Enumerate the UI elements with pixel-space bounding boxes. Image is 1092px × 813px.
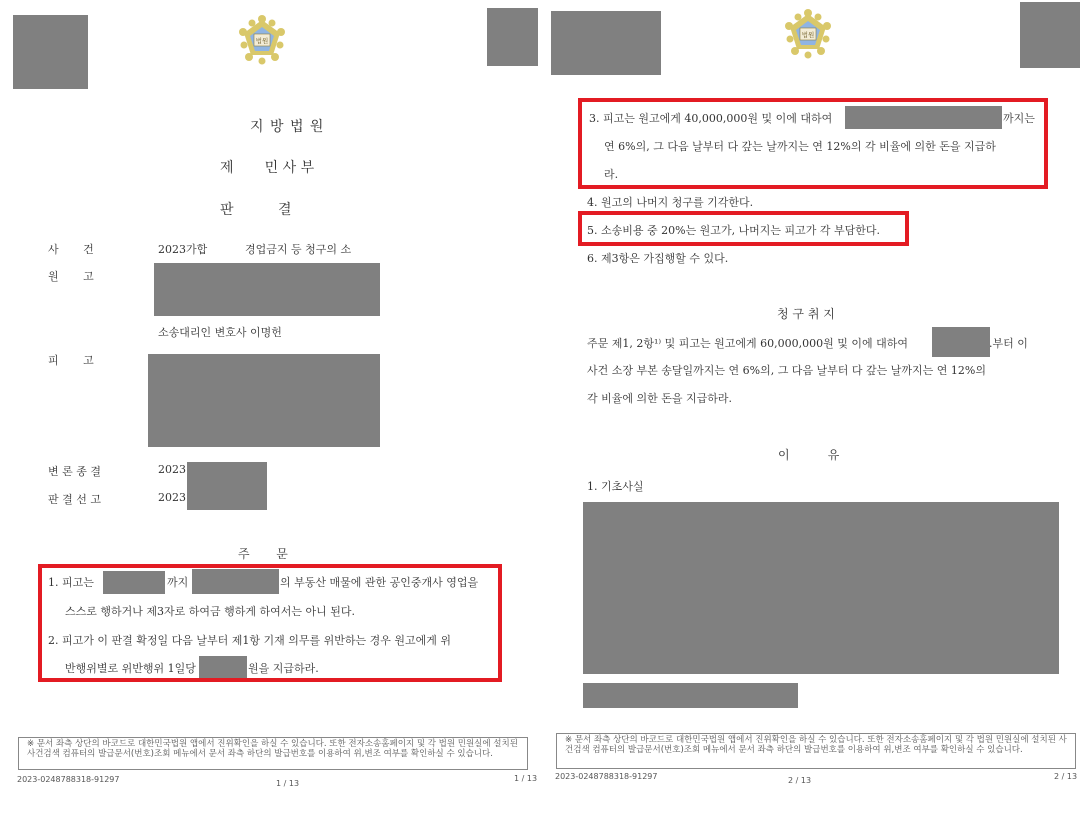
redacted-footnote xyxy=(583,683,798,708)
order-item-2-text: 원을 지급하라. xyxy=(248,660,319,676)
redacted-defendant xyxy=(148,354,380,447)
svg-text:법원: 법원 xyxy=(256,36,269,45)
division-name: 제 민 사 부 xyxy=(220,157,314,177)
order-item-2-text: 2. 피고가 이 판결 확정일 다음 날부터 제1항 기재 의무를 위반하는 경… xyxy=(48,632,451,648)
authenticity-notice: ※ 문서 좌측 상단의 바코드로 대한민국법원 앱에서 진위확인을 하실 수 있… xyxy=(18,737,528,770)
order-item-5-text: 5. 소송비용 중 20%는 원고가, 나머지는 피고가 각 부담한다. xyxy=(587,222,880,238)
case-label: 사 건 xyxy=(48,241,94,257)
court-emblem-icon: 법원 xyxy=(236,14,288,66)
ruling-label: 판 결 선 고 xyxy=(48,491,101,507)
order-item-3-text: 연 6%의, 그 다음 날부터 다 갚는 날까지는 연 12%의 각 비율에 의… xyxy=(604,138,996,154)
redacted-date-range xyxy=(845,106,1002,129)
claim-text: 각 비율에 의한 돈을 지급하라. xyxy=(587,390,732,406)
order-item-2-text: 반행위별로 위반행위 1일당 xyxy=(65,660,196,676)
court-name: 지 방 법 원 xyxy=(250,116,324,136)
document-type: 판 결 xyxy=(220,199,292,219)
redacted-date xyxy=(932,327,990,357)
claim-text: .부터 이 xyxy=(989,335,1028,351)
order-item-3-text: 까지는 xyxy=(1003,110,1035,126)
svg-text:법원: 법원 xyxy=(802,30,815,39)
page-number-center: 2 / 13 xyxy=(788,776,811,785)
order-item-4-text: 4. 원고의 나머지 청구를 기각한다. xyxy=(587,194,753,210)
redacted-date xyxy=(103,571,165,594)
page-number-right: 2 / 13 xyxy=(1054,772,1077,781)
case-title: 경업금지 등 청구의 소 xyxy=(245,241,351,257)
reason-heading: 이 유 xyxy=(778,446,839,463)
document-page-2: 법원 3. 피고는 원고에게 40,000,000원 및 이에 대하여 까지는 … xyxy=(546,0,1092,813)
case-number: 2023가합 xyxy=(158,241,207,257)
defendant-label: 피 고 xyxy=(48,352,94,368)
issue-number: 2023-0248788318-91297 xyxy=(555,772,657,781)
redacted-barcode xyxy=(13,15,88,89)
page-number-right: 1 / 13 xyxy=(514,774,537,783)
order-heading: 주 문 xyxy=(238,545,288,562)
order-item-3-text: 라. xyxy=(604,166,618,182)
order-item-1-text: 의 부동산 매물에 관한 공인중개사 영업을 xyxy=(280,574,478,590)
claim-text: 주문 제1, 2항¹⁾ 및 피고는 원고에게 60,000,000원 및 이에 … xyxy=(587,335,908,351)
redacted-barcode xyxy=(551,11,661,75)
redacted-corner-mark xyxy=(487,8,538,66)
reason-section-1: 1. 기초사실 xyxy=(587,478,644,494)
order-item-1-text: 1. 피고는 xyxy=(48,574,94,590)
plaintiff-label: 원 고 xyxy=(48,268,94,284)
claim-heading: 청 구 취 지 xyxy=(777,305,835,322)
redacted-basic-facts xyxy=(583,502,1059,674)
document-page-1: 법원 지 방 법 원 제 민 사 부 판 결 사 건 2023가합 경업금지 등… xyxy=(0,0,546,813)
redacted-amount xyxy=(199,656,247,678)
ruling-date: 2023 xyxy=(158,491,186,504)
redacted-dates xyxy=(187,462,267,510)
claim-text: 사건 소장 부본 송달일까지는 연 6%의, 그 다음 날부터 다 갚는 날까지… xyxy=(587,362,986,378)
closing-label: 변 론 종 결 xyxy=(48,463,101,479)
closing-date: 2023 xyxy=(158,463,186,476)
attorney-name: 소송대리인 변호사 이명헌 xyxy=(158,324,282,340)
order-item-1-text: 스스로 행하거나 제3자로 하여금 행하게 하여서는 아니 된다. xyxy=(65,603,355,619)
authenticity-notice: ※ 문서 좌측 상단의 바코드로 대한민국법원 앱에서 진위확인을 하실 수 있… xyxy=(556,733,1076,769)
court-emblem-icon: 법원 xyxy=(782,8,834,60)
order-item-6-text: 6. 제3항은 가집행할 수 있다. xyxy=(587,250,728,266)
redacted-area xyxy=(192,569,279,594)
page-number-center: 1 / 13 xyxy=(276,779,299,788)
order-item-3-text: 3. 피고는 원고에게 40,000,000원 및 이에 대하여 xyxy=(589,110,832,126)
redacted-corner-mark xyxy=(1020,2,1080,68)
redacted-plaintiff xyxy=(154,263,380,316)
issue-number: 2023-0248788318-91297 xyxy=(17,775,119,784)
order-item-1-text: 까지 xyxy=(167,574,188,590)
